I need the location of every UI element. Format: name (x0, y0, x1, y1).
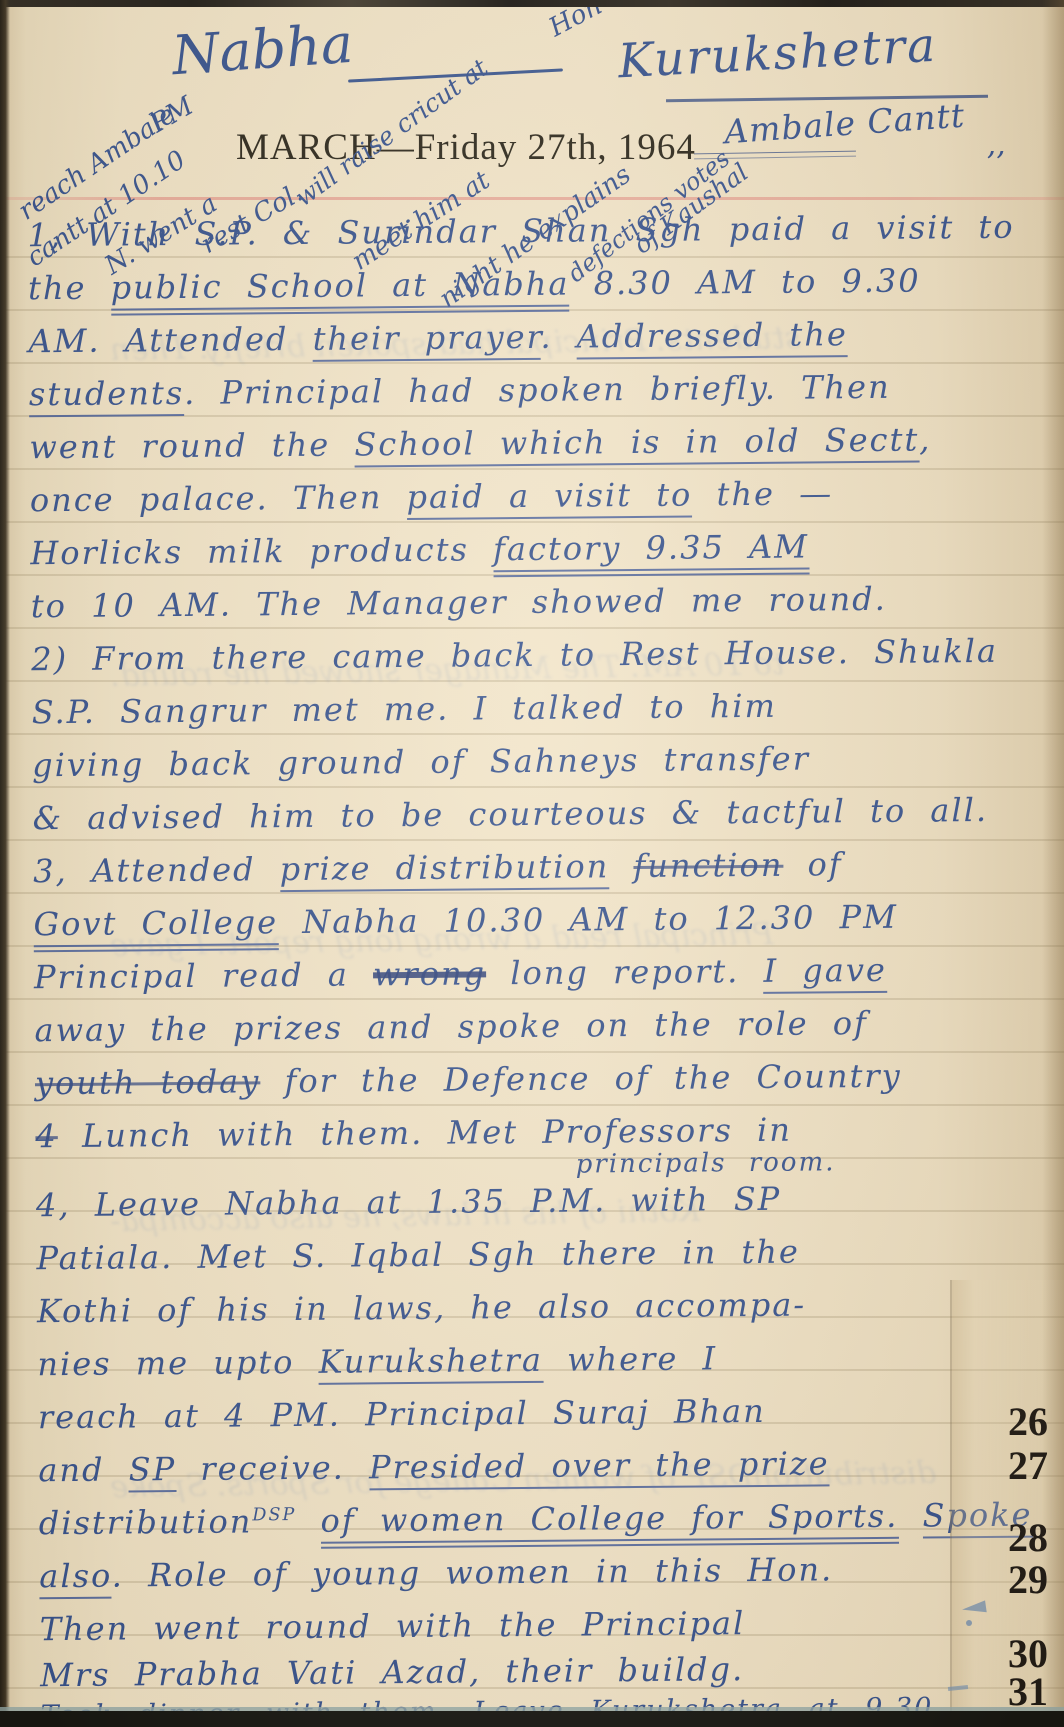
diary-text-segment: . Role of young women in this Hon. (112, 1550, 834, 1594)
diary-text-segment: for the Defence of the Country (260, 1057, 902, 1101)
diary-line: Govt College Nabha 10.30 AM to 12.30 PM (33, 897, 1015, 959)
diary-text-segment: S.P. Sangrur met me. I talked to him (32, 687, 778, 732)
pen-dot-mark-icon (966, 1620, 972, 1626)
diary-line: Kothi of his in laws, he also accompa- (37, 1284, 1019, 1346)
ditto-quote-marks: ’’ (986, 146, 1005, 181)
diary-line: youth today for the Defence of the Count… (35, 1056, 1017, 1118)
diary-text-segment: 1, With S.P. & Surindar Shan Sgh paid a … (27, 208, 1014, 255)
diary-text-segment: Addressed the (577, 315, 849, 359)
diary-text-segment: Horlicks milk products (30, 530, 493, 572)
diary-entry-body: 1, With S.P. & Surindar Shan Sgh paid a … (27, 208, 1022, 1727)
diary-text-segment: the — (692, 474, 833, 513)
route-title-from: Nabha (170, 12, 355, 87)
diary-line: 3, Attended prize distribution function … (33, 844, 1015, 906)
diary-scan: MARCH—Friday 27th, 1964 Nabha Hon Kuruks… (0, 0, 1064, 1727)
diary-text-segment: Kurukshetra (318, 1341, 543, 1385)
diary-line: nies me upto Kurukshetra where I (37, 1337, 1019, 1399)
diary-text-segment: 3, Attended (33, 850, 280, 890)
month-day-tab-30: 30 (1008, 1634, 1048, 1674)
diary-line: Horlicks milk products factory 9.35 AM (30, 526, 1012, 588)
diary-line: Principal read a wrong long report. I ga… (34, 950, 1016, 1012)
diary-text-segment: long report. (486, 952, 764, 992)
diary-line: 1, With S.P. & Surindar Shan Sgh paid a … (27, 208, 1009, 270)
diary-text-segment: 4 (35, 1117, 58, 1155)
subtitle-place: Ambale Cantt (723, 96, 966, 152)
diary-text-segment: prize distribution (280, 847, 610, 892)
diary-text-segment (296, 1502, 321, 1540)
diary-text-segment: School which is in old Sectt (354, 421, 919, 468)
diary-text-segment: youth today (35, 1062, 261, 1102)
diary-text-segment: also (39, 1557, 112, 1600)
diary-text-segment: AM. Attended (28, 320, 312, 360)
diary-text-segment: their prayer (312, 318, 540, 362)
diary-text-segment: function (633, 846, 783, 885)
diary-line: distributionDSP of women College for Spo… (39, 1496, 1021, 1558)
diary-text-segment (898, 1497, 923, 1535)
page-bottom-edge (0, 1711, 1064, 1727)
diary-text-segment: the (28, 269, 111, 308)
diary-text-segment: principals room. (576, 1147, 836, 1179)
diary-text-segment: Mrs Prabha Vati Azad, their buildg. (40, 1650, 744, 1694)
route-title-to: Kurukshetra (617, 18, 939, 90)
diary-line: also. Role of young women in this Hon. (39, 1549, 1021, 1611)
diary-text-segment: paid a visit to (406, 476, 692, 520)
diary-text-segment: went round the (29, 425, 354, 466)
diary-text-segment: students (29, 374, 185, 417)
diary-text-segment: & advised him to be courteous & tactful … (33, 791, 989, 837)
diary-text-segment: nies me upto (37, 1343, 319, 1383)
diary-line: & advised him to be courteous & tactful … (33, 791, 1015, 853)
diary-text-segment: of women College for Sports. (320, 1497, 898, 1549)
diary-text-segment: Patiala. Met S. Iqbal Sgh there in the (36, 1233, 800, 1278)
month-day-tab-29: 29 (1008, 1560, 1048, 1600)
diary-text-segment: 2) From there came back to Rest House. S… (31, 632, 998, 678)
diary-text-segment: wrong (373, 954, 486, 993)
diary-text-segment: and (38, 1450, 129, 1489)
diary-text-segment: of (783, 845, 843, 884)
diary-text-segment: reach at 4 PM. Principal Suraj Bhan (38, 1392, 766, 1436)
diary-line: students. Principal had spoken briefly. … (29, 367, 1011, 429)
diary-text-segment: giving back ground of Sahneys transfer (32, 740, 810, 785)
page-top-edge (0, 0, 1064, 7)
diary-text-segment: Kothi of his in laws, he also accompa- (37, 1286, 806, 1331)
month-day-tab-28: 28 (1008, 1518, 1048, 1558)
diary-line: the public School at Nabha 8.30 AM to 9.… (28, 261, 1010, 323)
diary-text-segment: DSP (252, 1505, 296, 1525)
month-day-tab-27: 27 (1008, 1446, 1048, 1486)
diary-text-segment: Presided over the prize (369, 1444, 830, 1490)
diary-text-segment: receive. (176, 1448, 369, 1488)
binding-edge (0, 0, 10, 1727)
margin-rule-line (0, 197, 1064, 200)
diary-text-segment: away the prizes and spoke on the role of (34, 1004, 868, 1049)
diary-line: away the prizes and spoke on the role of (34, 1003, 1016, 1065)
diary-line: giving back ground of Sahneys transfer (32, 738, 1014, 800)
diary-line: principals room. (576, 1146, 1018, 1182)
diary-text-segment: where I (543, 1339, 717, 1379)
diary-line: once palace. Then paid a visit to the — (30, 473, 1012, 535)
diary-text-segment: Nabha 10.30 AM to 12.30 PM (278, 898, 898, 941)
diary-page: MARCH—Friday 27th, 1964 Nabha Hon Kuruks… (0, 0, 1064, 1727)
diary-text-segment: SP (129, 1450, 177, 1492)
diary-text-segment: Principal read a (34, 955, 373, 996)
diary-text-segment: to 10 AM. The Manager showed me round. (31, 580, 887, 625)
diary-text-segment: , (919, 420, 932, 458)
diary-line: to 10 AM. The Manager showed me round. (31, 579, 1013, 641)
diary-line: S.P. Sangrur met me. I talked to him (32, 685, 1014, 747)
diary-line: Patiala. Met S. Iqbal Sgh there in the (36, 1231, 1018, 1293)
month-day-tab-31: 31 (1008, 1672, 1048, 1712)
diary-text-segment (609, 847, 634, 885)
diary-line: reach at 4 PM. Principal Suraj Bhan (38, 1390, 1020, 1452)
diary-line: 4, Leave Nabha at 1.35 P.M. with SP (36, 1178, 1018, 1240)
diary-line: went round the School which is in old Se… (29, 420, 1011, 482)
diary-line: AM. Attended their prayer. Addressed the (28, 314, 1010, 376)
diary-text-segment: . Principal had spoken briefly. Then (184, 368, 891, 412)
diary-line: 2) From there came back to Rest House. S… (31, 632, 1013, 694)
diary-text-segment: public School at Nabha (110, 265, 569, 316)
diary-text-segment: factory 9.35 AM (493, 528, 809, 578)
diary-text-segment: 8.30 AM to 9.30 (569, 262, 921, 303)
diary-text-segment: 4, Leave Nabha at 1.35 P.M. with SP (36, 1180, 781, 1225)
printed-date-header: MARCH—Friday 27th, 1964 (236, 126, 696, 169)
diary-text-segment: Govt College (33, 903, 278, 952)
diary-text-segment: Then went round with the Principal (40, 1604, 746, 1648)
diary-text-segment: . (540, 318, 577, 356)
diary-text-segment: I gave (763, 951, 887, 994)
month-day-tab-26: 26 (1008, 1402, 1048, 1442)
diary-text-segment: once palace. Then (30, 478, 407, 519)
diary-line: and SP receive. Presided over the prize (38, 1443, 1020, 1505)
diary-text-segment: distribution (39, 1502, 253, 1542)
